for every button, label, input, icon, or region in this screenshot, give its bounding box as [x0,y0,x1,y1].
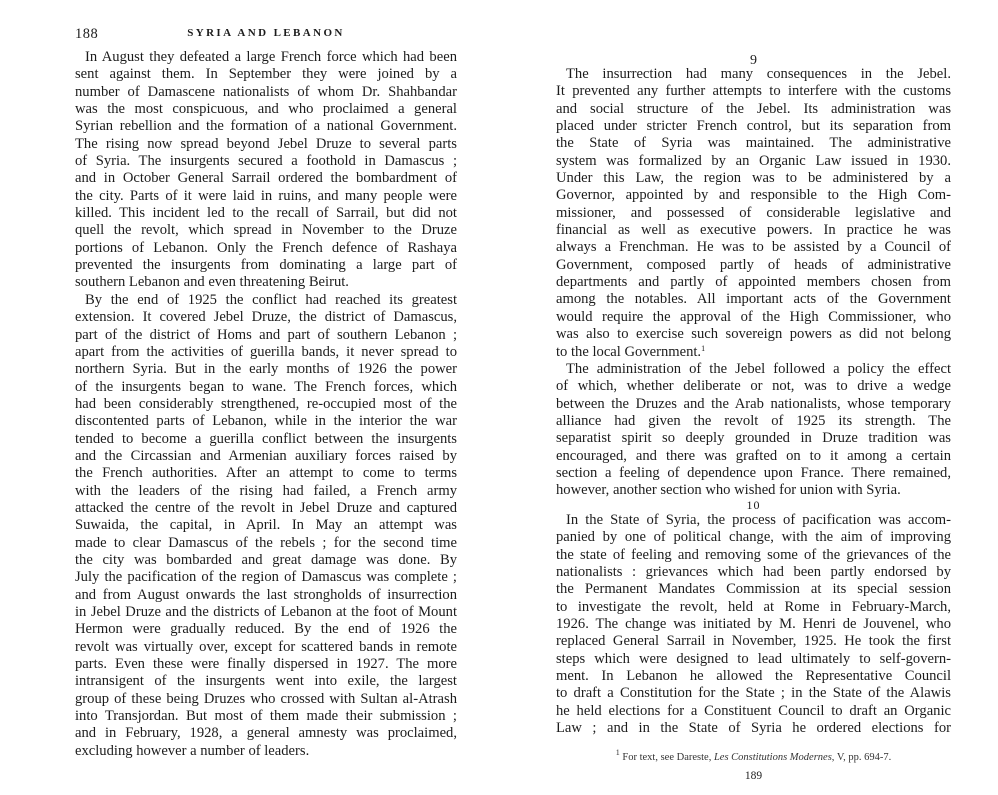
text-line: replaced General Sarrail in November, 19… [556,633,951,650]
text-line: intransigent of the insurgents went into… [75,673,457,690]
footnote-suffix: , V, pp. 694-7. [832,752,891,763]
text-line: however, another section who wished for … [556,482,951,499]
text-line: apart from the activities of guerilla ba… [75,344,457,361]
text-line-content: ment. In Lebanon he allowed the Represen… [556,668,951,684]
running-head-title: SYRIA AND LEBANON [75,27,457,39]
text-line: alliance had given the revolt of 1925 it… [556,413,951,430]
text-line: placed under stricter French control, bu… [556,118,951,135]
text-line-content: Under this Law, the region was to be adm… [556,170,951,186]
text-line-content: Governor, appointed by and responsible t… [556,187,951,203]
text-line: excluding however a number of leaders. [75,743,457,760]
footnote-citation-title: Les Constitutions Modernes [714,752,832,763]
text-line-content: extension. It covered Jebel Druze, the d… [75,309,457,325]
text-line-content: apart from the activities of guerilla ba… [75,344,457,360]
text-line-content: parts. Even these were finally dispersed… [75,656,457,672]
text-line-content: The rising now spread beyond Jebel Druze… [75,136,457,152]
text-line: Suwaida, the capital, in April. In May a… [75,517,457,534]
section-number: 10 [556,498,951,513]
text-line: had been considerably strengthened, re-o… [75,396,457,413]
text-line: Law ; and in the State of Syria he order… [556,720,951,737]
text-line-content: the city. Parts of it were laid in ruins… [75,188,457,204]
text-line: between the Druzes and the Arab national… [556,396,951,413]
text-line-content: section a feeling of dependence upon Fra… [556,465,951,481]
section-10-body: In the State of Syria, the process of pa… [556,512,951,737]
text-line-content: Syrian rebellion and the formation of a … [75,118,457,134]
text-line-content: always a Frenchman. He was to be assiste… [556,239,951,255]
text-line-content: discontented parts of Lebanon, while in … [75,413,457,429]
text-line-content: number of Damascene nationalists of whom… [75,84,457,100]
text-line: ment. In Lebanon he allowed the Represen… [556,668,951,685]
text-line-content: the state of feeling and removing some o… [556,547,951,563]
text-line: the city was bombarded and great damage … [75,552,457,569]
text-line: 1926. The change was initiated by M. Hen… [556,616,951,633]
text-line: would require the approval of the High C… [556,309,951,326]
text-line: missioner, and possessed of considerable… [556,205,951,222]
text-line: among the notables. All important acts o… [556,291,951,308]
text-line-content: the State of Syria was maintained. The a… [556,135,951,151]
text-line: made to clear Damascus of the rebels ; f… [75,535,457,552]
text-line: revolt was virtually over, except for sc… [75,639,457,656]
text-line: group of these being Druzes who crossed … [75,691,457,708]
text-line-content: departments and partly of appointed memb… [556,274,951,290]
text-line-content: would require the approval of the High C… [556,309,951,325]
text-line: the state of feeling and removing some o… [556,547,951,564]
text-line-content: he held elections for a Constituent Coun… [556,703,951,719]
text-line-content: panied by one of political change, with … [556,529,951,545]
text-line-content: was also to exercise such sovereign powe… [556,326,951,342]
text-line: encouraged, and there was grafted on to … [556,448,951,465]
text-line: and social structure of the Jebel. Its a… [556,101,951,118]
text-line: steps which were designed to lead ultima… [556,651,951,668]
text-line-content: and in October General Sarrail ordered t… [75,170,457,186]
text-line-content: prevented the insurgents from dominating… [75,257,457,273]
text-line: killed. This incident led to the recall … [75,205,457,222]
text-line: the French authorities. After an attempt… [75,465,457,482]
text-line: number of Damascene nationalists of whom… [75,84,457,101]
text-line: to investigate the revolt, held at Rome … [556,599,951,616]
text-line: into Transjordan. But most of them made … [75,708,457,725]
text-line: system was formalized by an Organic Law … [556,153,951,170]
text-line: separatist spirit so deeply grounded in … [556,430,951,447]
text-line-content: the city was bombarded and great damage … [75,552,457,568]
text-line-content: to the local Government. [556,344,701,360]
text-line: panied by one of political change, with … [556,529,951,546]
text-line-content: placed under stricter French control, bu… [556,118,951,134]
text-line-content: quell the revolt, which spread in Novemb… [75,222,457,238]
text-line-content: and social structure of the Jebel. Its a… [556,101,951,117]
text-line: extension. It covered Jebel Druze, the d… [75,309,457,326]
text-line-content: with the leaders of the rising had faile… [75,483,457,499]
text-line: quell the revolt, which spread in Novemb… [75,222,457,239]
text-line-content: attacked the centre of the revolt in Jeb… [75,500,457,516]
text-line: discontented parts of Lebanon, while in … [75,413,457,430]
text-line-content: to investigate the revolt, held at Rome … [556,599,951,615]
text-line: Syrian rebellion and the formation of a … [75,118,457,135]
text-line: of which, whether deliberate or not, was… [556,378,951,395]
text-line-content: the Permanent Mandates Commission at its… [556,581,951,597]
text-line-content: Law ; and in the State of Syria he order… [556,720,951,736]
text-line: he held elections for a Constituent Coun… [556,703,951,720]
text-line-content: Suwaida, the capital, in April. In May a… [75,517,457,533]
text-line-content: part of the district of Homs and part of… [75,327,457,343]
text-line: Government, composed partly of heads of … [556,257,951,274]
text-line-content: In the State of Syria, the process of pa… [566,512,951,528]
text-line-content: tended to become a guerilla conflict bet… [75,431,457,447]
text-line: in Jebel Druze and the districts of Leba… [75,604,457,621]
text-line: In the State of Syria, the process of pa… [556,512,951,529]
text-line-content: The administration of the Jebel followed… [566,361,951,377]
text-line: and from August onwards the last strongh… [75,587,457,604]
text-line: was also to exercise such sovereign powe… [556,326,951,343]
text-line-content: revolt was virtually over, except for sc… [75,639,457,655]
text-line: Governor, appointed by and responsible t… [556,187,951,204]
text-line-content: and from August onwards the last strongh… [75,587,457,603]
text-line: of the insurgents began to wane. The Fre… [75,379,457,396]
text-line-content: By the end of 1925 the conflict had reac… [85,292,457,308]
text-line-content: steps which were designed to lead ultima… [556,651,951,667]
section-9-body: The insurrection had many consequences i… [556,66,951,500]
page-number: 189 [556,770,951,782]
text-line-content: had been considerably strengthened, re-o… [75,396,457,412]
footnote-reference: 1 [701,344,705,353]
text-line-content: alliance had given the revolt of 1925 it… [556,413,951,429]
text-line-content: nationalists : grievances which had been… [556,564,951,580]
footnote: 1 For text, see Dareste, Les Constitutio… [556,752,951,763]
text-line: It prevented any further attempts to int… [556,83,951,100]
text-line-content: in Jebel Druze and the districts of Leba… [75,604,457,620]
text-line: July the pacification of the region of D… [75,569,457,586]
text-line: The rising now spread beyond Jebel Druze… [75,136,457,153]
text-line-content: July the pacification of the region of D… [75,569,457,585]
text-line: section a feeling of dependence upon Fra… [556,465,951,482]
text-line: nationalists : grievances which had been… [556,564,951,581]
text-line-content: made to clear Damascus of the rebels ; f… [75,535,457,551]
right-page: 9 The insurrection had many consequences… [499,0,998,795]
text-line: departments and partly of appointed memb… [556,274,951,291]
text-line-content: separatist spirit so deeply grounded in … [556,430,951,446]
text-line: to the local Government.1 [556,344,951,361]
text-line-content: It prevented any further attempts to int… [556,83,951,99]
text-line-content: was the most conspicuous, and who procla… [75,101,457,117]
text-line-content: and the Circassian and Armenian auxiliar… [75,448,457,464]
text-line-content: missioner, and possessed of considerable… [556,205,951,221]
text-line-content: financial as well as executive powers. I… [556,222,951,238]
text-line: the Permanent Mandates Commission at its… [556,581,951,598]
text-line: sent against them. In September they wer… [75,66,457,83]
text-line-content: to draft a Constitution for the State ; … [556,685,951,701]
text-line-content: intransigent of the insurgents went into… [75,673,457,689]
text-line: with the leaders of the rising had faile… [75,483,457,500]
text-line-content: into Transjordan. But most of them made … [75,708,457,724]
text-line: financial as well as executive powers. I… [556,222,951,239]
text-line: and in October General Sarrail ordered t… [75,170,457,187]
text-line-content: Government, composed partly of heads of … [556,257,951,273]
text-line: parts. Even these were finally dispersed… [75,656,457,673]
text-line-content: of which, whether deliberate or not, was… [556,378,951,394]
text-line: of Syria. The insurgents secured a footh… [75,153,457,170]
text-line: and the Circassian and Armenian auxiliar… [75,448,457,465]
text-line: tended to become a guerilla conflict bet… [75,431,457,448]
text-line: The insurrection had many consequences i… [556,66,951,83]
text-line: and in February, 1928, a general amnesty… [75,725,457,742]
text-line: prevented the insurgents from dominating… [75,257,457,274]
text-line: always a Frenchman. He was to be assiste… [556,239,951,256]
left-page: 188 SYRIA AND LEBANON In August they def… [0,0,499,795]
text-line-content: killed. This incident led to the recall … [75,205,457,221]
text-line-content: among the notables. All important acts o… [556,291,951,307]
text-line-content: system was formalized by an Organic Law … [556,153,951,169]
text-line-content: northern Syria. But in the early months … [75,361,457,377]
text-line-content: encouraged, and there was grafted on to … [556,448,951,464]
text-line-content: 1926. The change was initiated by M. Hen… [556,616,951,632]
text-line: By the end of 1925 the conflict had reac… [75,292,457,309]
text-line-content: In August they defeated a large French f… [85,49,457,65]
text-line: the city. Parts of it were laid in ruins… [75,188,457,205]
text-line-content: replaced General Sarrail in November, 19… [556,633,951,649]
text-line-content: southern Lebanon and even threatening Be… [75,274,349,290]
text-line: southern Lebanon and even threatening Be… [75,274,457,291]
text-line-content: portions of Lebanon. Only the French def… [75,240,457,256]
text-line-content: between the Druzes and the Arab national… [556,396,951,412]
text-line: The administration of the Jebel followed… [556,361,951,378]
text-line: portions of Lebanon. Only the French def… [75,240,457,257]
text-line-content: and in February, 1928, a general amnesty… [75,725,457,741]
text-line-content: Hermon were gradually reduced. By the en… [75,621,457,637]
text-line-content: the French authorities. After an attempt… [75,465,457,481]
text-line: to draft a Constitution for the State ; … [556,685,951,702]
running-head: 188 SYRIA AND LEBANON [75,26,457,44]
text-line-content: The insurrection had many consequences i… [566,66,951,82]
text-line: the State of Syria was maintained. The a… [556,135,951,152]
text-line-content: group of these being Druzes who crossed … [75,691,457,707]
text-line-content: excluding however a number of leaders. [75,743,309,759]
text-line-content: of Syria. The insurgents secured a footh… [75,153,457,169]
left-page-body: In August they defeated a large French f… [75,49,457,760]
text-line: northern Syria. But in the early months … [75,361,457,378]
text-line: Hermon were gradually reduced. By the en… [75,621,457,638]
text-line: Under this Law, the region was to be adm… [556,170,951,187]
text-line-content: however, another section who wished for … [556,482,901,498]
text-line: In August they defeated a large French f… [75,49,457,66]
text-line-content: sent against them. In September they wer… [75,66,457,82]
text-line: part of the district of Homs and part of… [75,327,457,344]
text-line: attacked the centre of the revolt in Jeb… [75,500,457,517]
text-line-content: of the insurgents began to wane. The Fre… [75,379,457,395]
text-line: was the most conspicuous, and who procla… [75,101,457,118]
footnote-prefix: For text, see Dareste, [620,752,714,763]
